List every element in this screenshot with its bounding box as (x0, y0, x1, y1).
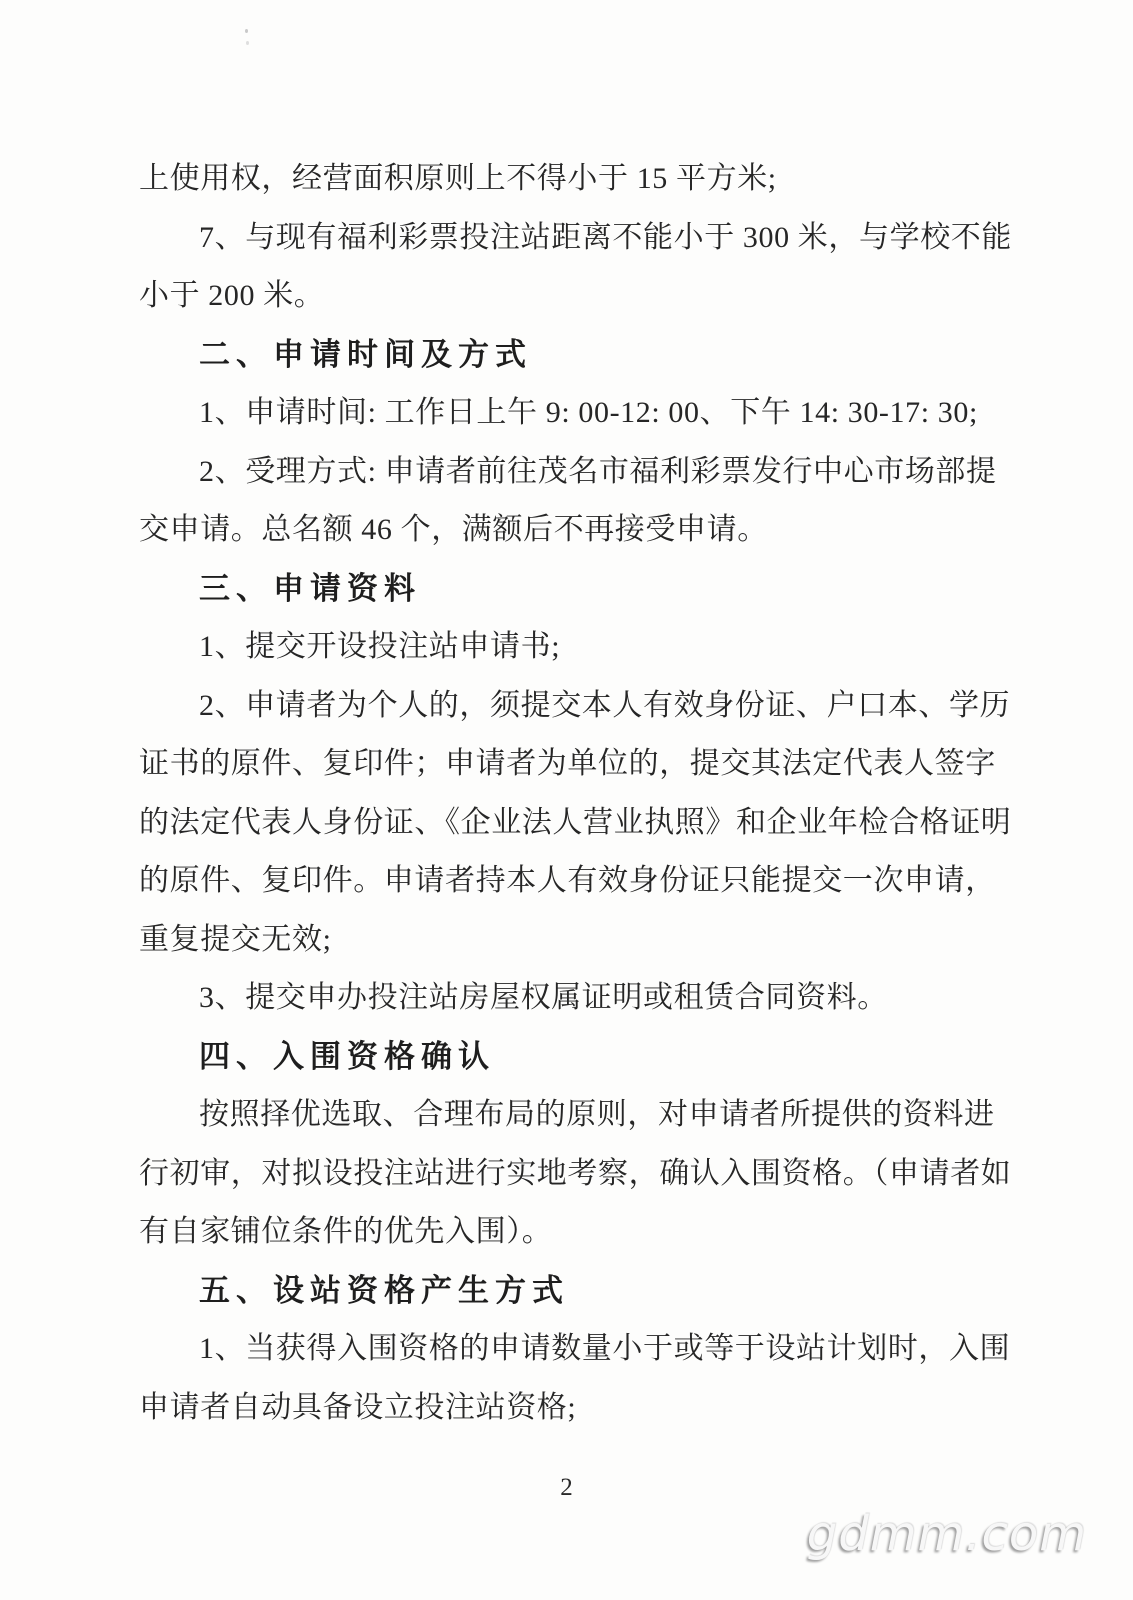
text-line: 按照择优选取、合理布局的原则，对申请者所提供的资料进 (139, 1086, 1007, 1145)
scan-artifact-dot (246, 41, 249, 45)
text-line: 申请者自动具备设立投注站资格; (139, 1379, 1007, 1438)
text-line: 的原件、复印件。申请者持本人有效身份证只能提交一次申请， (139, 852, 1007, 911)
text-line: 2、受理方式: 申请者前往茂名市福利彩票发行中心市场部提 (139, 443, 1007, 502)
text-line: 证书的原件、复印件；申请者为单位的，提交其法定代表人签字 (139, 735, 1007, 794)
text-line: 行初审，对拟设投注站进行实地考察，确认入围资格。（申请者如 (139, 1145, 1007, 1204)
text-line: 有自家铺位条件的优先入围）。 (139, 1203, 1007, 1262)
section-heading: 三、申请资料 (139, 560, 1007, 619)
text-line: 交申请。总名额 46 个，满额后不再接受申请。 (139, 501, 1007, 560)
text-line: 1、提交开设投注站申请书; (139, 618, 1007, 677)
text-line: 1、当获得入围资格的申请数量小于或等于设站计划时，入围 (139, 1320, 1007, 1379)
document-body: 上使用权，经营面积原则上不得小于 15 平方米;7、与现有福利彩票投注站距离不能… (139, 150, 1007, 1437)
section-heading: 四、入围资格确认 (139, 1028, 1007, 1087)
text-line: 上使用权，经营面积原则上不得小于 15 平方米; (139, 150, 1007, 209)
section-heading: 五、设站资格产生方式 (139, 1262, 1007, 1321)
text-line: 的法定代表人身份证、《企业法人营业执照》和企业年检合格证明 (139, 794, 1007, 853)
text-line: 3、提交申办投注站房屋权属证明或租赁合同资料。 (139, 969, 1007, 1028)
section-heading: 二、申请时间及方式 (139, 326, 1007, 385)
document-page: 上使用权，经营面积原则上不得小于 15 平方米;7、与现有福利彩票投注站距离不能… (0, 0, 1133, 1600)
text-line: 2、申请者为个人的，须提交本人有效身份证、户口本、学历 (139, 677, 1007, 736)
scan-artifact-dot (245, 29, 248, 33)
text-line: 重复提交无效; (139, 911, 1007, 970)
text-line: 小于 200 米。 (139, 267, 1007, 326)
page-number: 2 (0, 1474, 1133, 1502)
watermark-gdmm: gdmm.com (807, 1506, 1087, 1562)
text-line: 1、申请时间: 工作日上午 9: 00-12: 00、下午 14: 30-17:… (139, 384, 1007, 443)
text-line: 7、与现有福利彩票投注站距离不能小于 300 米，与学校不能 (139, 209, 1007, 268)
